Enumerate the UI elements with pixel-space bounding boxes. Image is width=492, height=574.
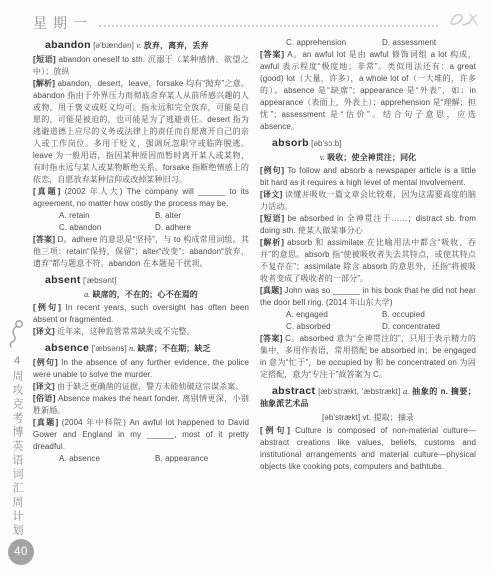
phonetic-transcription: ['æbsəns] bbox=[91, 344, 126, 353]
section-tag: [译文] bbox=[33, 382, 55, 391]
part-of-speech: v. bbox=[136, 41, 141, 50]
answer-options-row: A. absenceB. appearance bbox=[33, 453, 249, 465]
book-spine-sidebar: 4周攻克考博英语词汇周计划 bbox=[5, 318, 29, 538]
entry-section: [真题] (2004 年中科院) An awful lot happened t… bbox=[33, 417, 249, 453]
weekday-title: 星期一 bbox=[33, 13, 93, 33]
dictionary-entry: abstract [æb'strækt, 'æbstrækt] a. 抽象的 n… bbox=[260, 385, 476, 473]
section-tag: [短语] bbox=[260, 214, 284, 223]
definition-text: 吸收；使全神贯注；同化 bbox=[327, 153, 416, 162]
answer-options-row: A. engagedB. occupied bbox=[260, 309, 476, 321]
section-tag: [例句] bbox=[33, 358, 58, 367]
headword: absence bbox=[45, 342, 89, 354]
phonetic-transcription: [ə'bændən] bbox=[93, 41, 134, 50]
part-of-speech: a. bbox=[403, 387, 409, 396]
entry-section: [译文] 读懂并吸收一篇文章会比较难，因为这需要高度的脑力活动。 bbox=[260, 189, 476, 213]
answer-options-row: A. retainB. alter bbox=[33, 210, 249, 222]
part-of-speech: n. bbox=[129, 344, 135, 353]
entry-section: [例句] Culture is composed of non-material… bbox=[260, 425, 476, 473]
thread-spiral-icon bbox=[7, 318, 27, 353]
definition-line: v. 吸收；使全神贯注；同化 bbox=[260, 152, 476, 164]
answer-option: A. engaged bbox=[286, 309, 382, 321]
answer-option: D. assessment bbox=[382, 37, 478, 49]
page-header: 星期一 bbox=[33, 8, 482, 37]
answer-option: A. absence bbox=[59, 453, 155, 465]
definition-text: 缺席的，不在的；心不在焉的 bbox=[93, 290, 198, 299]
phonetic-transcription: ['æbsənt] bbox=[83, 276, 117, 285]
part-of-speech: a. bbox=[84, 290, 90, 299]
entry-section: [短语] abandon oneself to sth. 沉溺于（某种感情、欲望… bbox=[33, 54, 249, 78]
dictionary-entry: absence ['æbsəns] n. 缺席；不在期；缺乏[例句] In th… bbox=[33, 342, 249, 465]
section-tag: [例句] bbox=[33, 303, 61, 312]
phonetic-transcription: [əb'sɔːb] bbox=[311, 139, 341, 148]
dotted-leader-line bbox=[99, 19, 438, 27]
headword: abandon bbox=[45, 39, 91, 51]
answer-option: B. appearance bbox=[155, 453, 251, 465]
section-tag: [例句] bbox=[260, 426, 290, 435]
answer-option: C. absorbed bbox=[286, 321, 382, 333]
section-tag: [例句] bbox=[260, 166, 284, 175]
section-tag: [译文] bbox=[260, 190, 282, 199]
entry-headword-line: absorb [əb'sɔːb] bbox=[260, 137, 476, 150]
entry-section: [答案] D。adhere 的意思是“坚持”，与 to 构成常用词组。其他三项：… bbox=[33, 234, 249, 270]
section-tag: [译文] bbox=[33, 327, 55, 336]
section-tag: [答案] bbox=[33, 235, 55, 244]
dictionary-entry: C. apprehensionD. assessment[答案] A。an aw… bbox=[260, 37, 476, 133]
dictionary-columns: abandon [ə'bændən] v. 放弃，离弃，丢弃[短语] aband… bbox=[33, 35, 476, 473]
headword: absorb bbox=[272, 137, 309, 149]
entry-headword-line: absence ['æbsəns] n. 缺席；不在期；缺乏 bbox=[33, 342, 249, 355]
page-number-badge: 40 bbox=[8, 539, 34, 565]
secondary-pronunciation-line: [əb'strækt] vt. 提取；摘录 bbox=[260, 412, 476, 424]
part-of-speech: v. bbox=[320, 153, 325, 162]
entry-section: [例句] In the absence of any further evide… bbox=[33, 357, 249, 381]
answer-option: C. apprehension bbox=[286, 37, 382, 49]
definition-text: 缺席；不在期；缺乏 bbox=[138, 344, 211, 353]
entry-section: [真题] John was so ______ in his book that… bbox=[260, 285, 476, 309]
entry-section: [例句] In recent years, such oversight has… bbox=[33, 302, 249, 326]
entry-section: [俗语] Absence makes the heart fonder. 离别情… bbox=[33, 393, 249, 417]
answer-option: B. occupied bbox=[382, 309, 478, 321]
answer-option: A. retain bbox=[59, 210, 155, 222]
vocabulary-book-page: 星期一 abandon [ə'bændən] v. 放弃，离弃，丢弃[短语] a… bbox=[0, 0, 492, 574]
section-tag: [真题] bbox=[33, 187, 60, 196]
headword: absent bbox=[45, 274, 81, 286]
headword: abstract bbox=[272, 385, 315, 397]
entry-section: [真题] (2002 年人大) The company will ______ … bbox=[33, 186, 249, 210]
vocabulary-column-right: C. apprehensionD. assessment[答案] A。an aw… bbox=[260, 35, 476, 473]
entry-section: [译文] 由于缺乏更确凿的证据，警方未能侦破这宗谋杀案。 bbox=[33, 381, 249, 393]
entry-section: [解析] abandon，desert，leave，forsake 均有“抛弃”… bbox=[33, 78, 249, 186]
answer-options-row: C. abandonD. adhere bbox=[33, 222, 249, 234]
entry-headword-line: absent ['æbsənt] bbox=[33, 274, 249, 287]
entry-section: [答案] A。an awful lot 是由 awful 修饰词组 a lot … bbox=[260, 49, 476, 133]
answer-option: D. concentrated bbox=[382, 321, 478, 333]
entry-section: [答案] C。absorbed 意为“全神贯注的”，只用于表示精力的集中，多用作… bbox=[260, 333, 476, 381]
answer-options-row: C. apprehensionD. assessment bbox=[260, 37, 476, 49]
section-tag: [真题] bbox=[260, 286, 282, 295]
definition-line: a. 缺席的，不在的；心不在焉的 bbox=[33, 289, 249, 301]
dictionary-entry: absent ['æbsənt]a. 缺席的，不在的；心不在焉的[例句] In … bbox=[33, 274, 249, 338]
section-tag: [解析] bbox=[260, 238, 284, 247]
section-tag: [短语] bbox=[33, 55, 56, 64]
entry-section: [例句] To follow and absorb a newspaper ar… bbox=[260, 165, 476, 189]
entry-headword-line: abandon [ə'bændən] v. 放弃，离弃，丢弃 bbox=[33, 39, 249, 52]
entry-section: [解析] absorb 和 assimilate 在比喻用法中都含“吸收、吞并”… bbox=[260, 237, 476, 285]
dictionary-entry: absorb [əb'sɔːb]v. 吸收；使全神贯注；同化[例句] To fo… bbox=[260, 137, 476, 381]
section-tag: [答案] bbox=[260, 50, 284, 59]
answer-option: B. alter bbox=[155, 210, 251, 222]
definition-text: 放弃，离弃，丢弃 bbox=[144, 41, 209, 50]
section-tag: [俗语] bbox=[33, 394, 56, 403]
vocabulary-column-left: abandon [ə'bændən] v. 放弃，离弃，丢弃[短语] aband… bbox=[33, 35, 249, 473]
section-tag: [真题] bbox=[33, 418, 58, 427]
sidebar-series-title: 4周攻克考博英语词汇周计划 bbox=[9, 355, 25, 538]
phonetic-transcription: [æb'strækt, 'æbstrækt] bbox=[318, 387, 400, 396]
dictionary-entry: abandon [ə'bændən] v. 放弃，离弃，丢弃[短语] aband… bbox=[33, 39, 249, 270]
entry-section: [短语] be absorbed in 全神贯注于……；distract sb.… bbox=[260, 213, 476, 237]
answer-option: C. abandon bbox=[59, 222, 155, 234]
answer-options-row: C. absorbedD. concentrated bbox=[260, 321, 476, 333]
answer-option: D. adhere bbox=[155, 222, 251, 234]
section-tag: [答案] bbox=[260, 334, 283, 343]
section-tag: [解析] bbox=[33, 79, 55, 88]
handwritten-mark-icon bbox=[446, 8, 482, 37]
entry-section: [译文] 近年来，这种监管常常缺失或不完整。 bbox=[33, 326, 249, 338]
entry-headword-line: abstract [æb'strækt, 'æbstrækt] a. 抽象的 n… bbox=[260, 385, 476, 410]
